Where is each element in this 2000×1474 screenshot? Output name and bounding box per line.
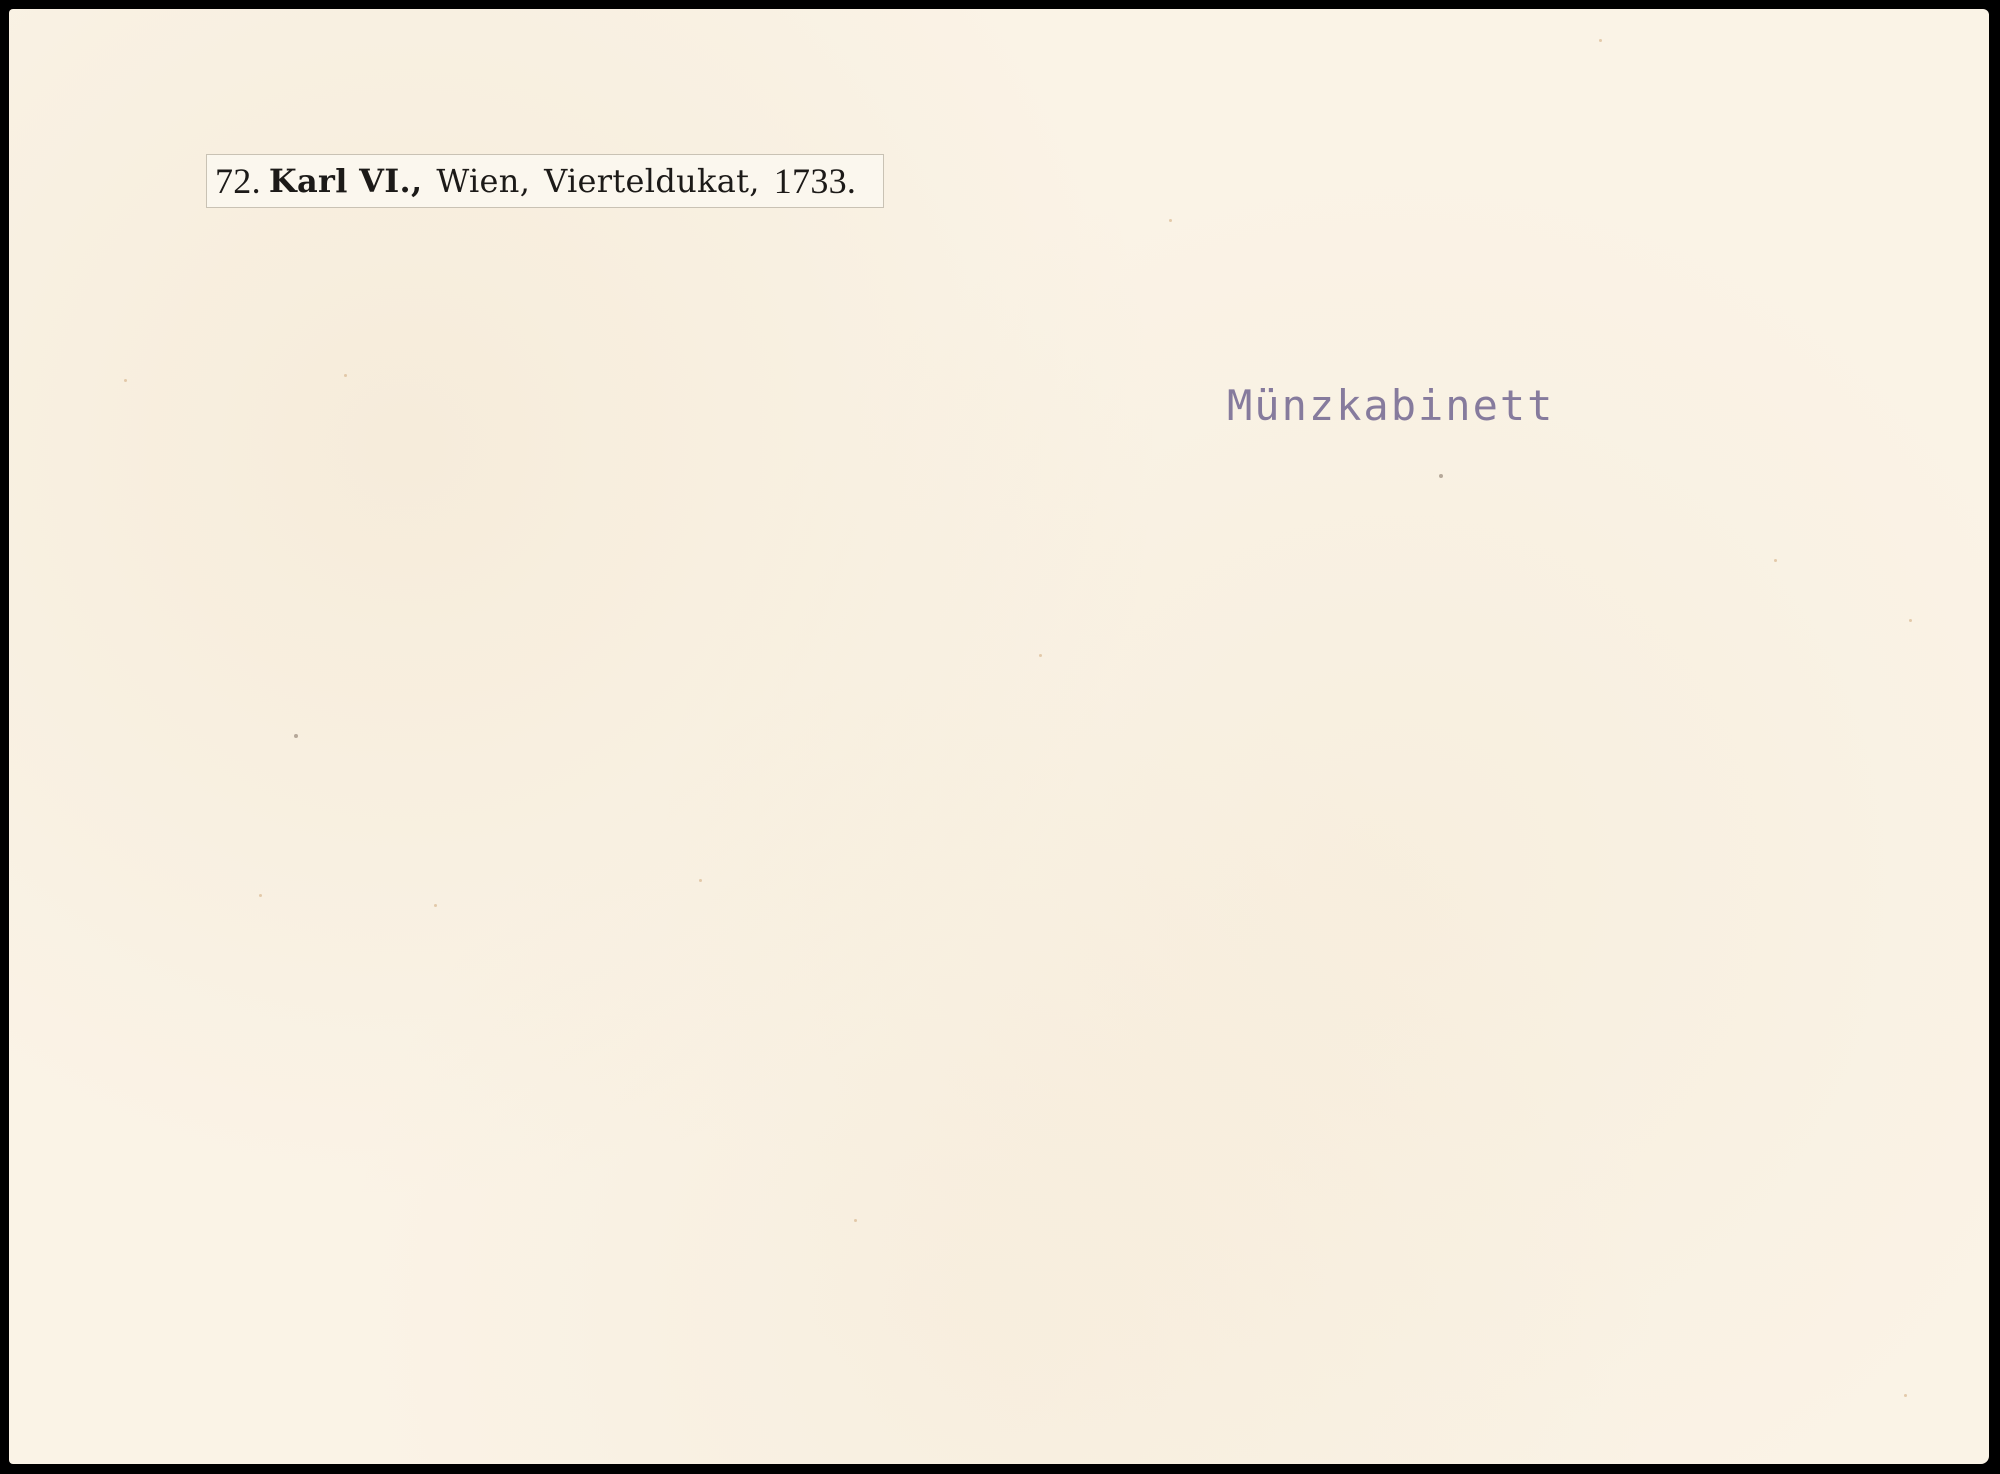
coin-year: 1733. bbox=[774, 160, 857, 202]
paper-speck bbox=[699, 879, 702, 882]
paper-speck bbox=[294, 734, 298, 738]
paper-speck bbox=[854, 1219, 857, 1222]
paper-speck bbox=[1774, 559, 1777, 562]
catalog-card: 72. Karl VI., Wien, Vierteldukat, 1733. … bbox=[9, 9, 1989, 1464]
mint-location: Wien, bbox=[436, 162, 530, 200]
paper-speck bbox=[1909, 619, 1912, 622]
paper-speck bbox=[344, 374, 347, 377]
ruler-name: Karl VI., bbox=[269, 162, 422, 200]
paper-speck bbox=[1439, 474, 1443, 478]
paper-speck bbox=[1904, 1394, 1907, 1397]
paper-speck bbox=[259, 894, 262, 897]
item-number: 72. bbox=[215, 160, 261, 202]
paper-speck bbox=[124, 379, 127, 382]
coin-denomination: Vierteldukat, bbox=[544, 162, 760, 200]
catalog-label: 72. Karl VI., Wien, Vierteldukat, 1733. bbox=[206, 154, 884, 208]
collection-stamp: Münzkabinett bbox=[1227, 381, 1554, 430]
paper-speck bbox=[1039, 654, 1042, 657]
paper-speck bbox=[434, 904, 437, 907]
paper-speck bbox=[1599, 39, 1602, 42]
paper-speck bbox=[1169, 219, 1172, 222]
